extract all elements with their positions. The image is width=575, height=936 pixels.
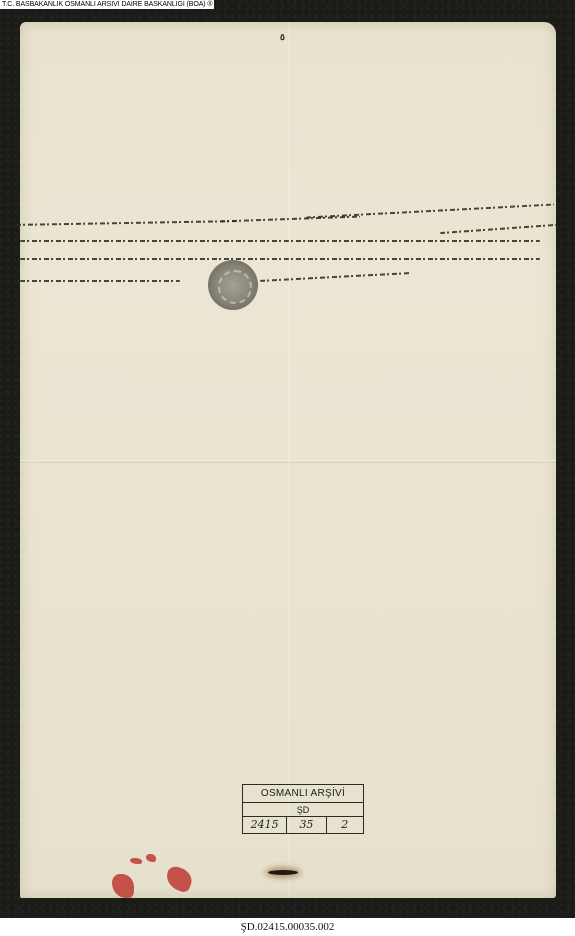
archive-header-label: T.C. BASBAKANLIK OSMANLI ARSIVI DAIRE BA… — [0, 0, 214, 9]
handwritten-line-2 — [16, 220, 236, 226]
round-ink-seal-icon — [208, 260, 258, 310]
stamp-fond: ŞD — [243, 803, 363, 817]
burn-mark — [268, 870, 298, 875]
red-wax-stain — [130, 858, 142, 864]
document-page: ٥ OSMANLI ARŞİVİ ŞD 2415 35 2 — [20, 22, 556, 898]
handwritten-line-3 — [440, 224, 556, 234]
page-marker: ٥ — [280, 32, 285, 43]
stamp-box-number: 2415 — [243, 817, 286, 833]
stamp-file-number: 35 — [286, 817, 325, 833]
handwritten-line-5 — [20, 258, 540, 260]
stamp-numbers: 2415 35 2 — [243, 817, 363, 833]
document-reference-code: ŞD.02415.00035.002 — [0, 918, 575, 936]
red-wax-stain — [163, 864, 195, 894]
scan-background: ٥ OSMANLI ARŞİVİ ŞD 2415 35 2 — [0, 0, 575, 918]
red-wax-stain — [146, 854, 156, 862]
red-wax-stain — [112, 874, 134, 898]
handwritten-signature — [260, 272, 410, 282]
vertical-fold-line — [288, 22, 290, 898]
handwritten-line-4 — [20, 240, 540, 242]
archive-stamp: OSMANLI ARŞİVİ ŞD 2415 35 2 — [242, 784, 364, 834]
handwritten-line-6 — [20, 280, 180, 282]
handwritten-line-1b — [220, 216, 360, 222]
stamp-title: OSMANLI ARŞİVİ — [243, 785, 363, 803]
stamp-page-number: 2 — [326, 817, 363, 833]
